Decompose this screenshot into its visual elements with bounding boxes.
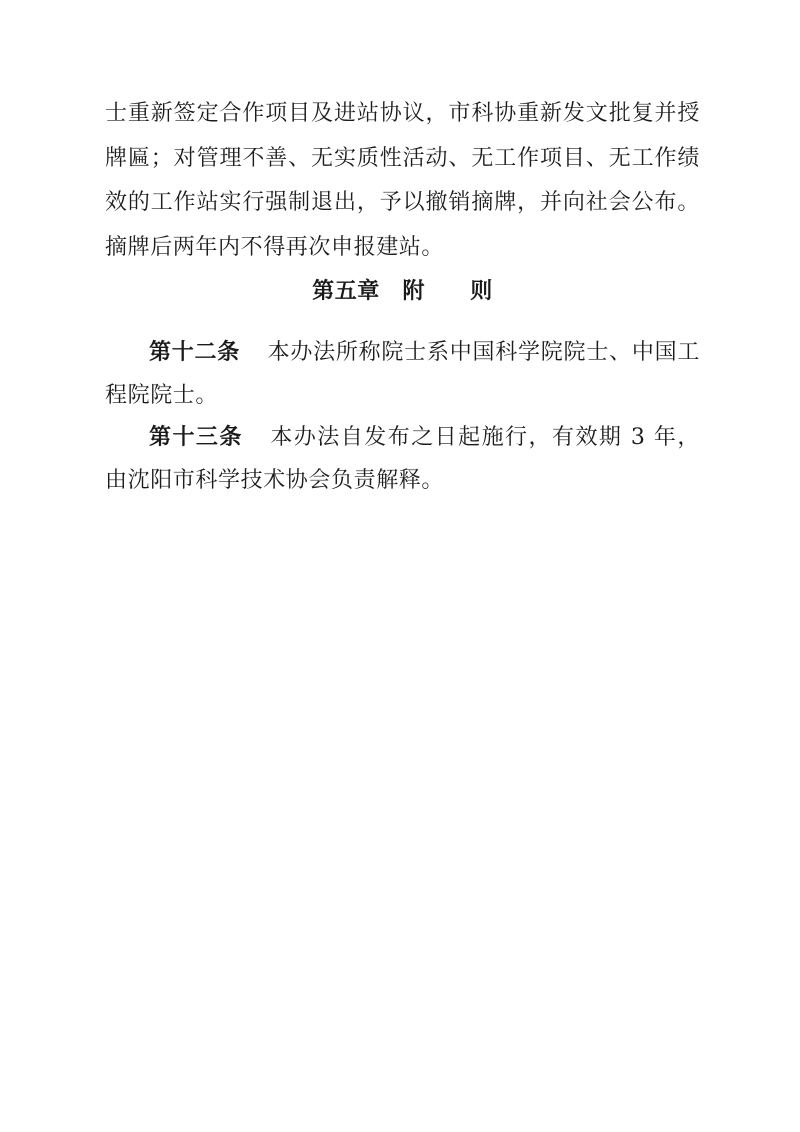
chapter-heading: 第五章 附 则: [105, 270, 700, 314]
article-paragraph-12: 第十二条本办法所称院士系中国科学院院士、中国工程院院士。: [105, 332, 700, 417]
document-page: 士重新签定合作项目及进站协议，市科协重新发文批复并授牌匾；对管理不善、无实质性活…: [0, 0, 800, 1132]
continuation-paragraph: 士重新签定合作项目及进站协议，市科协重新发文批复并授牌匾；对管理不善、无实质性活…: [105, 92, 700, 270]
article-12-label: 第十二条: [149, 340, 240, 365]
page-content: 士重新签定合作项目及进站协议，市科协重新发文批复并授牌匾；对管理不善、无实质性活…: [105, 92, 700, 502]
article-13-label: 第十三条: [149, 425, 243, 450]
article-paragraph-13: 第十三条本办法自发布之日起施行，有效期 3 年，由沈阳市科学技术协会负责解释。: [105, 417, 700, 502]
